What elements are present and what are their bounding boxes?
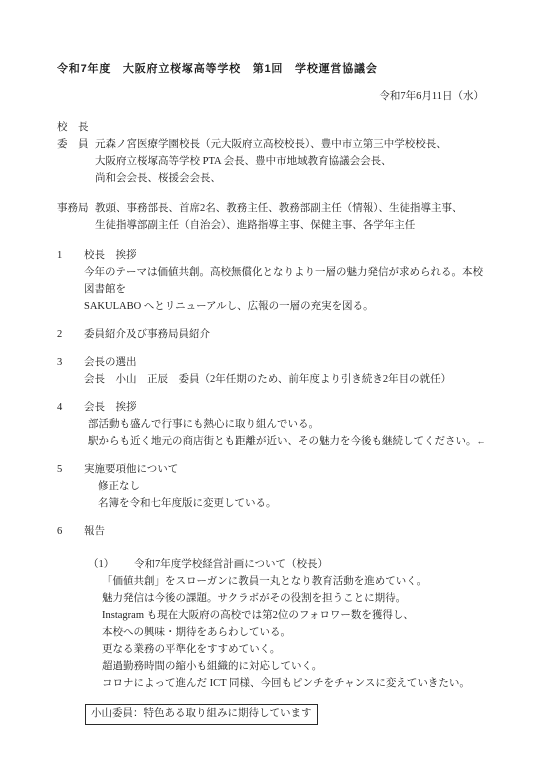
section-body: 今年のテーマは価値共創。高校無償化となりより一層の魅力発信が求められる。本校図書… (84, 264, 486, 315)
document-date: 令和7年6月11日（水） (57, 89, 486, 104)
report-line: Instagram も現在大阪府の高校では第2位のフォロワー数を獲得し、 (102, 607, 486, 624)
report-line: 「価値共創」をスローガンに教員一丸となり教育活動を進めていく。 (102, 573, 486, 590)
section-heading: 1 校長 挨拶 (57, 247, 486, 264)
report-body: 「価値共創」をスローガンに教員一丸となり教育活動を進めていく。 魅力発信は今後の… (102, 573, 486, 692)
body-line: 今年のテーマは価値共創。高校無償化となりより一層の魅力発信が求められる。本校図書… (84, 264, 486, 298)
document-title: 令和7年度 大阪府立桜塚高等学校 第1回 学校運営協議会 (57, 62, 486, 77)
report-line: 更なる業務の平準化をすすめていく。 (102, 641, 486, 658)
section-number: 3 (57, 354, 84, 371)
report-line: コロナによって進んだ ICT 同様、今回もピンチをチャンスに変えていきたい。 (102, 675, 486, 692)
section-2-introductions: 2 委員紹介及び事務局員紹介 (57, 326, 486, 343)
secretariat-row: 事務局 教頭、事務部長、首席2名、教務主任、教務部副主任（情報）、生徒指導主事、… (57, 200, 486, 234)
section-5-implementation-guidelines: 5 実施要項他について 修正なし 名簿を令和七年度版に変更している。 (57, 461, 486, 512)
report-item-1: （1） 令和7年度学校経営計画について（校長） 「価値共創」をスローガンに教員一… (88, 556, 486, 692)
body-line: 部活動も盛んで行事にも熱心に取り組んでいる。 (88, 416, 486, 433)
section-title: 実施要項他について (84, 461, 178, 478)
members-line: 元森ノ宮医療学園校長（元大阪府立高校校長）、豊中市立第三中学校校長、 (95, 136, 486, 153)
body-line: 駅からも近く地元の商店街とも距離が近い、その魅力を今後も継続してください。← (88, 433, 486, 450)
body-line: 会長 小山 正辰 委員（2年任期のため、前年度より引き続き2年目の就任） (84, 371, 486, 388)
section-heading: 6 報告 (57, 523, 486, 540)
section-title: 会長 挨拶 (84, 399, 137, 416)
meeting-minutes-page: 令和7年度 大阪府立桜塚高等学校 第1回 学校運営協議会 令和7年6月11日（水… (0, 0, 543, 768)
section-heading: 4 会長 挨拶 (57, 399, 486, 416)
section-3-chair-election: 3 会長の選出 会長 小山 正辰 委員（2年任期のため、前年度より引き続き2年目… (57, 354, 486, 388)
section-number: 5 (57, 461, 84, 478)
attendees-section: 校 長 委 員 元森ノ宮医療学園校長（元大阪府立高校校長）、豊中市立第三中学校校… (57, 119, 486, 234)
body-line-text: 駅からも近く地元の商店街とも距離が近い、その魅力を今後も継続してください。 (88, 436, 477, 447)
secretariat-list: 教頭、事務部長、首席2名、教務主任、教務部副主任（情報）、生徒指導主事、 生徒指… (95, 200, 486, 234)
report-item-number: （1） (88, 556, 134, 573)
section-heading: 3 会長の選出 (57, 354, 486, 371)
section-number: 4 (57, 399, 84, 416)
members-row: 委 員 元森ノ宮医療学園校長（元大阪府立高校校長）、豊中市立第三中学校校長、 大… (57, 136, 486, 187)
section-1-principal-greeting: 1 校長 挨拶 今年のテーマは価値共創。高校無償化となりより一層の魅力発信が求め… (57, 247, 486, 315)
members-label: 委 員 (57, 136, 95, 153)
section-body: 会長 小山 正辰 委員（2年任期のため、前年度より引き続き2年目の就任） (84, 371, 486, 388)
section-4-chair-greeting: 4 会長 挨拶 部活動も盛んで行事にも熱心に取り組んでいる。 駅からも近く地元の… (57, 399, 486, 450)
body-line: SAKULABO へとリニューアルし、広報の一層の充実を図る。 (84, 298, 486, 315)
section-heading: 5 実施要項他について (57, 461, 486, 478)
report-line: 魅力発信は今後の課題。サクラボがその役割を担うことに期待。 (102, 590, 486, 607)
section-body: 修正なし 名簿を令和七年度版に変更している。 (98, 478, 486, 512)
section-title: 委員紹介及び事務局員紹介 (84, 326, 210, 343)
agenda-sections: 1 校長 挨拶 今年のテーマは価値共創。高校無償化となりより一層の魅力発信が求め… (57, 247, 486, 692)
line-break-mark: ← (477, 436, 485, 446)
section-title: 報告 (84, 523, 105, 540)
secretariat-line: 教頭、事務部長、首席2名、教務主任、教務部副主任（情報）、生徒指導主事、 (95, 200, 486, 217)
members-line: 尚和会会長、桜援会会長、 (95, 170, 486, 187)
body-line: 名簿を令和七年度版に変更している。 (98, 495, 486, 512)
section-number: 1 (57, 247, 84, 264)
secretariat-label: 事務局 (57, 200, 95, 217)
section-title: 校長 挨拶 (84, 247, 137, 264)
principal-row: 校 長 (57, 119, 486, 136)
section-body: 部活動も盛んで行事にも熱心に取り組んでいる。 駅からも近く地元の商店街とも距離が… (88, 416, 486, 450)
members-line: 大阪府立桜塚高等学校 PTA 会長、豊中市地域教育協議会会長、 (95, 153, 486, 170)
body-line: 修正なし (98, 478, 486, 495)
principal-label: 校 長 (57, 119, 95, 136)
section-heading: 2 委員紹介及び事務局員紹介 (57, 326, 486, 343)
committee-member-comment-box: 小山委員：特色ある取り組みに期待しています (85, 704, 318, 725)
report-item-title: 令和7年度学校経営計画について（校長） (134, 556, 328, 573)
report-line: 超過勤務時間の縮小も組織的に対応していく。 (102, 658, 486, 675)
report-heading: （1） 令和7年度学校経営計画について（校長） (88, 556, 486, 573)
section-title: 会長の選出 (84, 354, 137, 371)
section-number: 2 (57, 326, 84, 343)
report-line: 本校への興味・期待をあらわしている。 (102, 624, 486, 641)
secretariat-line: 生徒指導部副主任（自治会）、進路指導主事、保健主事、各学年主任 (95, 217, 486, 234)
section-6-reports: 6 報告 (57, 523, 486, 540)
section-number: 6 (57, 523, 84, 540)
members-list: 元森ノ宮医療学園校長（元大阪府立高校校長）、豊中市立第三中学校校長、 大阪府立桜… (95, 136, 486, 187)
